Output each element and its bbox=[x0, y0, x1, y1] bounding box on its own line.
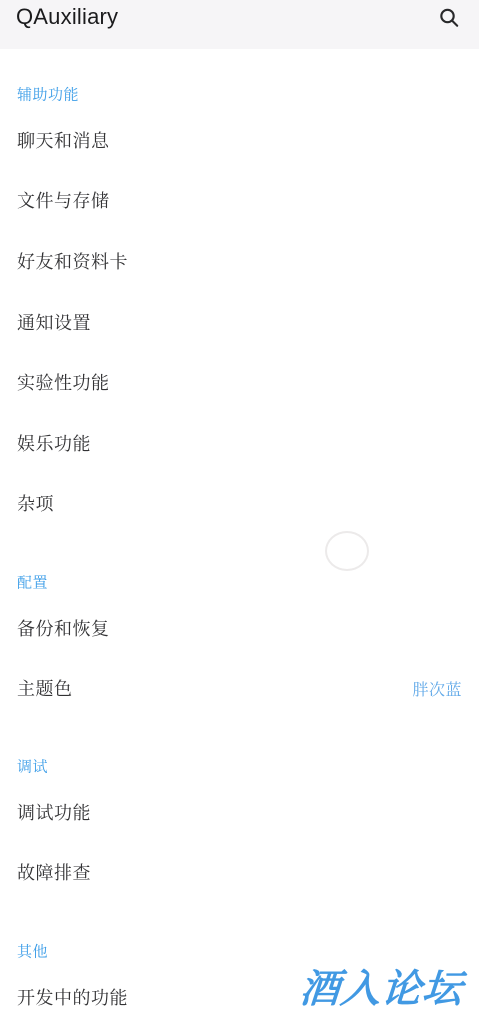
item-label: 主题色 bbox=[17, 675, 73, 701]
settings-item-debug-features[interactable]: 调试功能 bbox=[0, 799, 479, 825]
item-label: 聊天和消息 bbox=[17, 127, 110, 153]
item-label: 实验性功能 bbox=[17, 369, 110, 395]
settings-item-friends-profile[interactable]: 好友和资料卡 bbox=[0, 248, 479, 274]
theme-color-value: 胖次蓝 bbox=[412, 677, 462, 700]
settings-item-theme-color[interactable]: 主题色 胖次蓝 bbox=[0, 675, 479, 701]
item-label: 故障排查 bbox=[17, 859, 91, 885]
settings-item-chat-messages[interactable]: 聊天和消息 bbox=[0, 127, 479, 153]
settings-item-troubleshoot[interactable]: 故障排查 bbox=[0, 859, 479, 885]
item-label: 杂项 bbox=[17, 490, 54, 516]
settings-item-wip-features[interactable]: 开发中的功能 bbox=[0, 984, 479, 1010]
item-label: 备份和恢复 bbox=[17, 615, 110, 641]
item-label: 开发中的功能 bbox=[17, 984, 128, 1010]
section-header-auxiliary: 辅助功能 bbox=[17, 84, 79, 105]
loading-spinner bbox=[325, 531, 369, 571]
item-label: 文件与存储 bbox=[17, 187, 110, 213]
section-header-config: 配置 bbox=[17, 572, 48, 593]
search-icon bbox=[437, 6, 461, 30]
settings-item-files-storage[interactable]: 文件与存储 bbox=[0, 187, 479, 213]
item-label: 娱乐功能 bbox=[17, 430, 91, 456]
item-label: 通知设置 bbox=[17, 309, 91, 335]
app-bar: QAuxiliary bbox=[0, 0, 479, 49]
item-label: 好友和资料卡 bbox=[17, 248, 128, 274]
settings-item-backup-restore[interactable]: 备份和恢复 bbox=[0, 615, 479, 641]
app-title: QAuxiliary bbox=[16, 4, 118, 30]
item-label: 调试功能 bbox=[17, 799, 91, 825]
section-header-others: 其他 bbox=[17, 941, 48, 962]
settings-item-misc[interactable]: 杂项 bbox=[0, 490, 479, 516]
settings-item-entertainment[interactable]: 娱乐功能 bbox=[0, 430, 479, 456]
settings-item-experimental[interactable]: 实验性功能 bbox=[0, 369, 479, 395]
section-header-debug: 调试 bbox=[17, 756, 48, 777]
settings-item-notification[interactable]: 通知设置 bbox=[0, 309, 479, 335]
search-button[interactable] bbox=[433, 4, 465, 32]
